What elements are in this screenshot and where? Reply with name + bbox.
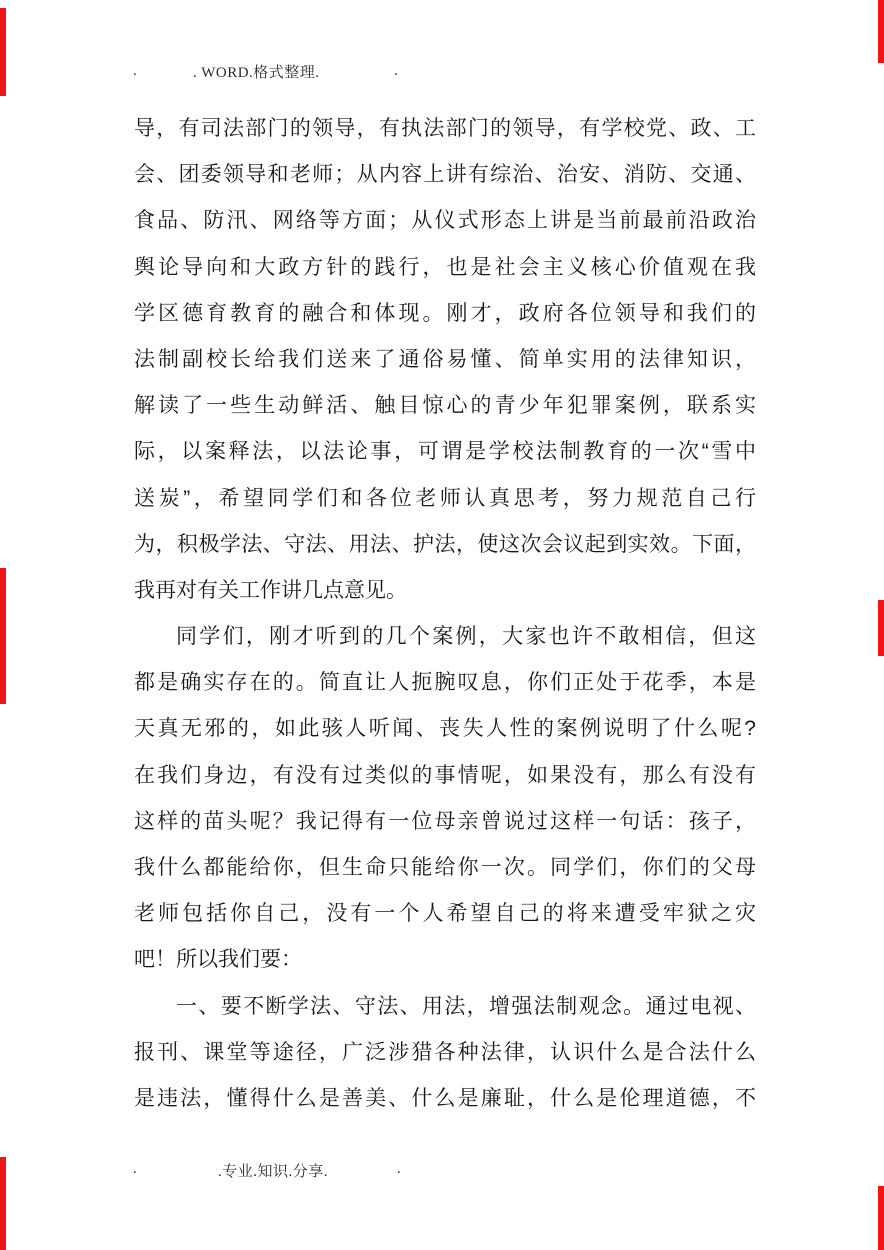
text-line: 食品、防汛、网络等方面；从仪式形态上讲是当前最前沿政治	[134, 198, 756, 244]
text-line: 会、团委领导和老师；从内容上讲有综治、治安、消防、交通、	[134, 152, 756, 198]
text-line: 是违法，懂得什么是善美、什么是廉耻，什么是伦理道德，不	[134, 1076, 756, 1122]
text-line: 同学们，刚才听到的几个案例，大家也许不敢相信，但这	[134, 614, 756, 660]
text-line: 导，有司法部门的领导，有执法部门的领导，有学校党、政、工	[134, 106, 756, 152]
header-right-dot: .	[394, 63, 398, 80]
text-line: 我再对有关工作讲几点意见。	[134, 568, 756, 614]
page-edge-mark	[0, 568, 6, 704]
text-line: 解读了一些生动鲜活、触目惊心的青少年犯罪案例，联系实	[134, 383, 756, 429]
text-line: 一、要不断学法、守法、用法，增强法制观念。通过电视、	[134, 984, 756, 1030]
text-line: 学区德育教育的融合和体现。刚才，政府各位领导和我们的	[134, 291, 756, 337]
page-edge-mark	[878, 1186, 884, 1250]
text-line: 在我们身边，有没有过类似的事情呢，如果没有，那么有没有	[134, 753, 756, 799]
text-line: 天真无邪的，如此骇人听闻、丧失人性的案例说明了什么呢?	[134, 706, 756, 752]
text-line: 这样的苗头呢？我记得有一位母亲曾说过这样一句话：孩子，	[134, 799, 756, 845]
text-line: 舆论导向和大政方针的践行，也是社会主义核心价值观在我	[134, 245, 756, 291]
page-edge-mark	[878, 0, 884, 63]
footer-title: .专业.知识.分享.	[218, 1160, 328, 1181]
header-left-dot: .	[133, 63, 137, 80]
text-line: 我什么都能给你，但生命只能给你一次。同学们，你们的父母	[134, 845, 756, 891]
text-line: 际，以案释法，以法论事，可谓是学校法制教育的一次“雪中	[134, 429, 756, 475]
text-line: 吧！所以我们要：	[134, 937, 756, 983]
footer-left-dot: .	[133, 1161, 137, 1178]
document-body: 导，有司法部门的领导，有执法部门的领导，有学校党、政、工 会、团委领导和老师；从…	[134, 106, 756, 1122]
text-line: 老师包括你自己，没有一个人希望自己的将来遭受牢狱之灾	[134, 891, 756, 937]
page-edge-mark	[0, 1157, 6, 1250]
text-line: 送炭”，希望同学们和各位老师认真思考，努力规范自己行	[134, 476, 756, 522]
header-title: . WORD.格式整理.	[193, 61, 320, 82]
text-line: 报刊、课堂等途径，广泛涉猎各种法律，认识什么是合法什么	[134, 1030, 756, 1076]
footer-right-dot: .	[397, 1161, 401, 1178]
text-line: 为，积极学法、守法、用法、护法，使这次会议起到实效。下面，	[134, 522, 756, 568]
text-line: 法制副校长给我们送来了通俗易懂、简单实用的法律知识，	[134, 337, 756, 383]
document-page: . . WORD.格式整理. . 导，有司法部门的领导，有执法部门的领导，有学校…	[0, 0, 884, 1250]
text-line: 都是确实存在的。简直让人扼腕叹息，你们正处于花季，本是	[134, 660, 756, 706]
page-edge-mark	[878, 600, 884, 656]
page-edge-mark	[0, 8, 6, 96]
